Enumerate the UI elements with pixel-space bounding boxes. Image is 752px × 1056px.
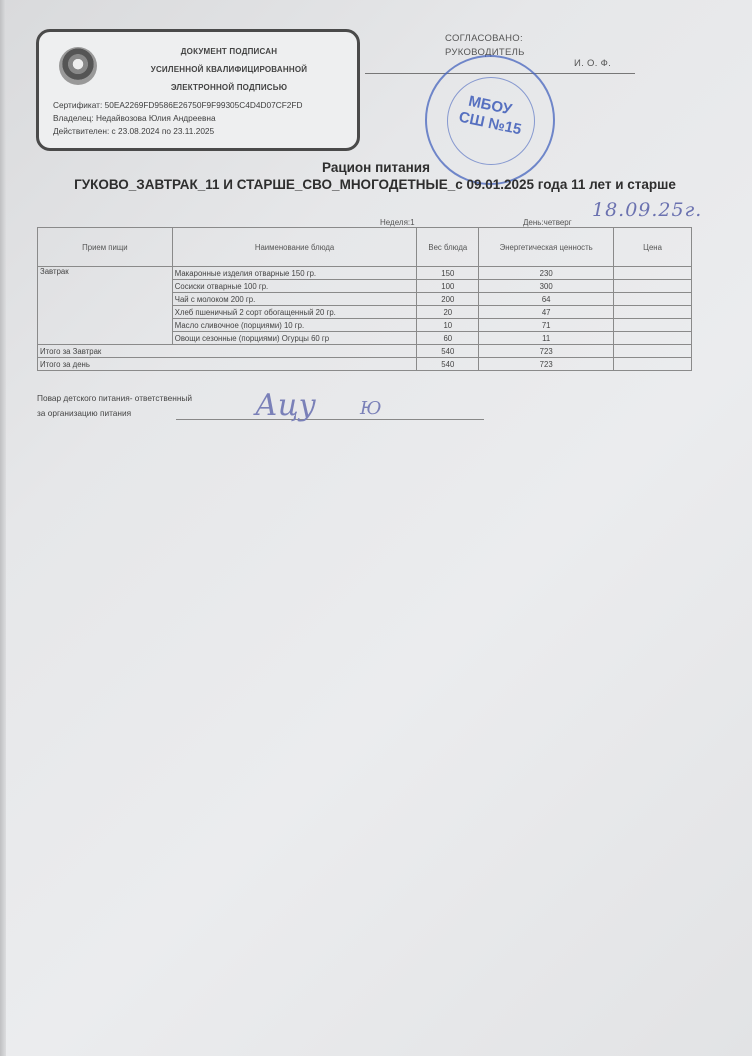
weight-cell: 10 bbox=[417, 319, 479, 332]
week-label: Неделя:1 bbox=[380, 218, 415, 227]
header-weight: Вес блюда bbox=[417, 228, 479, 267]
total-price bbox=[614, 345, 692, 358]
meal-cell: Завтрак bbox=[38, 267, 173, 345]
energy-cell: 230 bbox=[479, 267, 614, 280]
total-weight: 540 bbox=[417, 345, 479, 358]
dish-cell: Овощи сезонные (порциями) Огурцы 60 гр bbox=[172, 332, 417, 345]
cook-signature-line bbox=[176, 419, 484, 420]
table-row: ЗавтракМакаронные изделия отварные 150 г… bbox=[38, 267, 692, 280]
dish-cell: Сосиски отварные 100 гр. bbox=[172, 280, 417, 293]
signature-heading-2: УСИЛЕННОЙ КВАЛИФИЦИРОВАННОЙ bbox=[119, 65, 339, 74]
total-row: Итого за Завтрак540723 bbox=[38, 345, 692, 358]
signature-heading-3: ЭЛЕКТРОННОЙ ПОДПИСЬЮ bbox=[119, 83, 339, 92]
header-energy: Энергетическая ценность bbox=[479, 228, 614, 267]
weight-cell: 150 bbox=[417, 267, 479, 280]
weight-cell: 200 bbox=[417, 293, 479, 306]
approval-initials: И. О. Ф. bbox=[574, 58, 611, 69]
signature-heading-1: ДОКУМЕНТ ПОДПИСАН bbox=[119, 47, 339, 56]
total-price bbox=[614, 358, 692, 371]
dish-cell: Чай с молоком 200 гр. bbox=[172, 293, 417, 306]
document-subtitle: ГУКОВО_ЗАВТРАК_11 И СТАРШЕ_СВО_МНОГОДЕТН… bbox=[30, 176, 720, 193]
coat-of-arms-icon bbox=[59, 47, 97, 85]
price-cell bbox=[614, 293, 692, 306]
energy-cell: 64 bbox=[479, 293, 614, 306]
total-energy: 723 bbox=[479, 358, 614, 371]
table-header-row: Прием пищи Наименование блюда Вес блюда … bbox=[38, 228, 692, 267]
price-cell bbox=[614, 332, 692, 345]
total-label: Итого за Завтрак bbox=[38, 345, 417, 358]
approval-label: СОГЛАСОВАНО: bbox=[445, 33, 523, 44]
handwritten-date: 18.09.25г. bbox=[592, 199, 702, 221]
total-label: Итого за день bbox=[38, 358, 417, 371]
total-weight: 540 bbox=[417, 358, 479, 371]
signature-owner: Владелец: Недайвозова Юлия Андреевна bbox=[53, 113, 216, 123]
menu-table: Прием пищи Наименование блюда Вес блюда … bbox=[37, 227, 692, 371]
page-edge bbox=[0, 0, 6, 1056]
weight-cell: 60 bbox=[417, 332, 479, 345]
energy-cell: 11 bbox=[479, 332, 614, 345]
handwritten-signature: Ацy bbox=[255, 388, 316, 423]
document-title: Рацион питания bbox=[0, 160, 752, 175]
total-energy: 723 bbox=[479, 345, 614, 358]
energy-cell: 300 bbox=[479, 280, 614, 293]
price-cell bbox=[614, 319, 692, 332]
dish-cell: Макаронные изделия отварные 150 гр. bbox=[172, 267, 417, 280]
footer-role-line-2: за организацию питания bbox=[37, 408, 131, 418]
footer-role-line-1: Повар детского питания- ответственный bbox=[37, 393, 192, 403]
day-label: День:четверг bbox=[523, 218, 572, 227]
header-meal: Прием пищи bbox=[38, 228, 173, 267]
handwritten-initials: Ю bbox=[360, 398, 381, 419]
price-cell bbox=[614, 267, 692, 280]
price-cell bbox=[614, 306, 692, 319]
price-cell bbox=[614, 280, 692, 293]
header-dish: Наименование блюда bbox=[172, 228, 417, 267]
dish-cell: Масло сливочное (порциями) 10 гр. bbox=[172, 319, 417, 332]
total-row: Итого за день540723 bbox=[38, 358, 692, 371]
header-price: Цена bbox=[614, 228, 692, 267]
dish-cell: Хлеб пшеничный 2 сорт обогащенный 20 гр. bbox=[172, 306, 417, 319]
electronic-signature-block: ДОКУМЕНТ ПОДПИСАН УСИЛЕННОЙ КВАЛИФИЦИРОВ… bbox=[36, 29, 360, 151]
energy-cell: 71 bbox=[479, 319, 614, 332]
weight-cell: 20 bbox=[417, 306, 479, 319]
certificate-number: Сертификат: 50EA2269FD9586E26750F9F99305… bbox=[53, 100, 302, 110]
weight-cell: 100 bbox=[417, 280, 479, 293]
signature-validity: Действителен: с 23.08.2024 по 23.11.2025 bbox=[53, 126, 214, 136]
energy-cell: 47 bbox=[479, 306, 614, 319]
